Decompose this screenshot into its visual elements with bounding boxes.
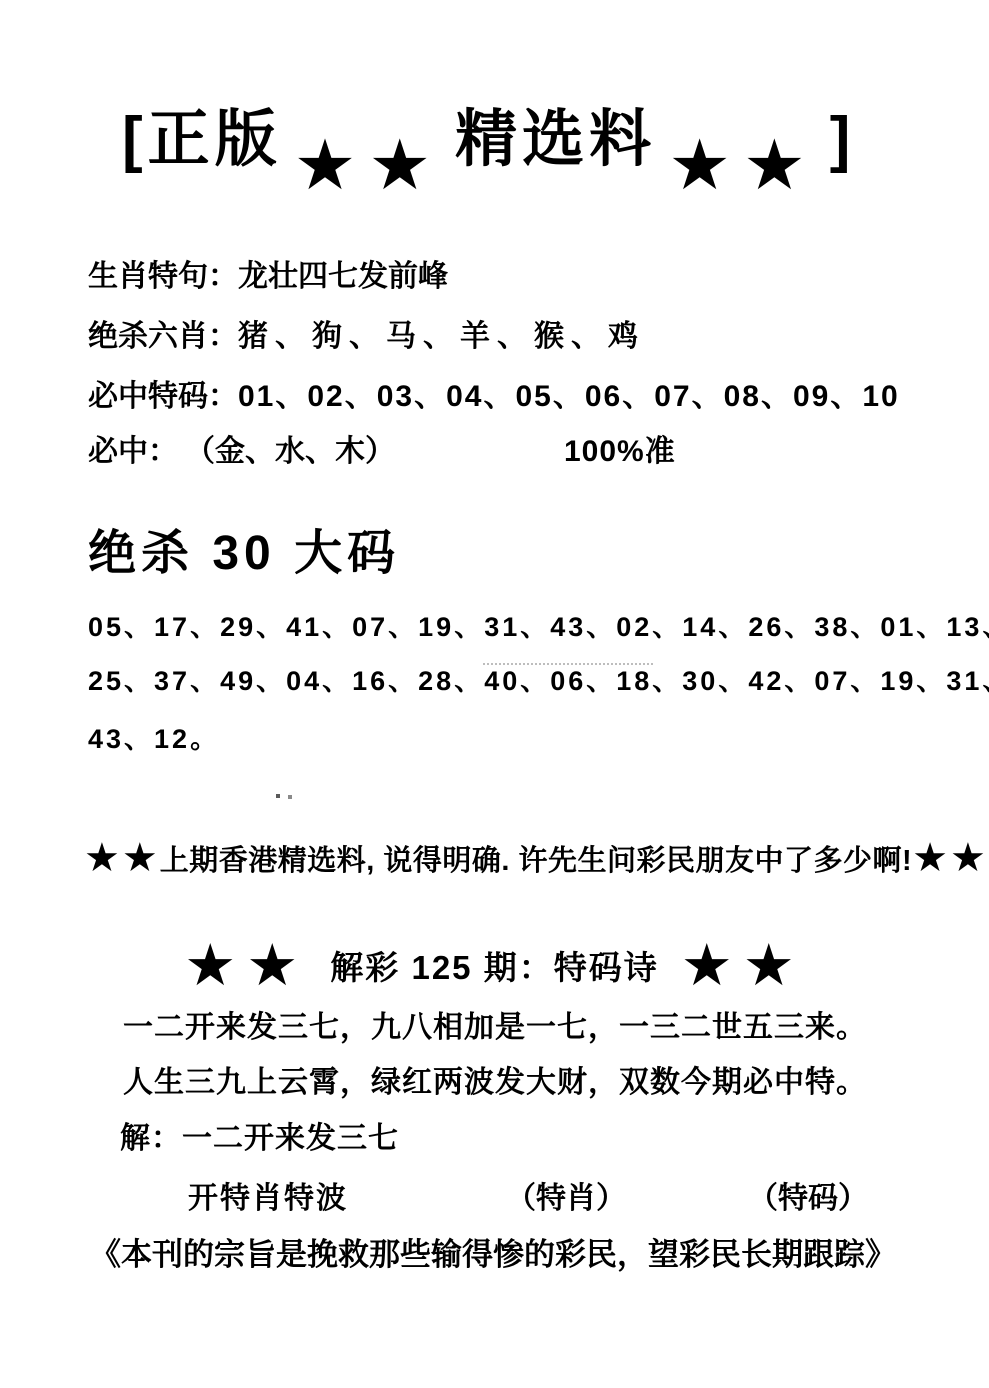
poem-line-1: 一二开来发三七，九八相加是一七，一三二世五三来。 <box>123 1013 867 1043</box>
special-code-slot: （特码） <box>748 1184 868 1214</box>
lottery-tip-sheet-page: [正版 ★★ 精选料 ★★ ] 生肖特句：龙壮四七发前峰 绝杀六肖：猪、狗、马、… <box>0 0 989 1388</box>
special-zodiac-slot: （特肖） <box>506 1184 626 1214</box>
zodiac-phrase-line: 生肖特句：龙壮四七发前峰 <box>88 262 448 292</box>
poem-answer-text: 一二开来发三七 <box>182 1122 399 1155</box>
star-icons-banner-left: ★★ <box>84 835 160 881</box>
kill-30-numbers-row-2: 25、37、49、04、16、28、40、06、18、30、42、07、19、3… <box>88 668 989 695</box>
must-hit-numbers-value: 01、02、03、04、05、06、07、08、09、10 <box>238 380 900 413</box>
title-suffix: ] <box>830 106 856 174</box>
title-prefix: [正版 <box>122 106 282 174</box>
kill-30-heading: 绝杀 30 大码 <box>88 530 400 578</box>
poem-line-2: 人生三九上云霄，绿红两波发大财，双数今期必中特。 <box>123 1068 867 1098</box>
must-hit-elements-value: （金、水、木） <box>200 435 395 468</box>
zodiac-phrase-value: 龙壮四七发前峰 <box>238 260 448 293</box>
star-icons-banner-right: ★★ <box>912 835 988 881</box>
page-title: [正版 ★★ 精选料 ★★ ] <box>122 106 855 176</box>
previous-issue-banner: ★★上期香港精选料, 说得明确. 许先生问彩民朋友中了多少啊!★★ <box>84 831 988 885</box>
poem-heading-text: 解彩 125 期：特码诗 <box>330 942 658 989</box>
scan-artifact-dot <box>276 794 280 798</box>
scan-artifact-dot <box>288 795 292 799</box>
poem-answer-label: 解： <box>120 1122 182 1155</box>
star-icons-poem-right: ★★ <box>681 931 805 999</box>
kill-six-zodiac-value: 猪、狗、马、羊、猴、鸡 <box>238 320 645 353</box>
must-hit-elements-line: 必中：（金、水、木） 100%准 <box>88 437 395 467</box>
banner-text: 上期香港精选料, 说得明确. 许先生问彩民朋友中了多少啊! <box>160 838 912 879</box>
title-core: 精选料 <box>455 106 656 174</box>
scan-artifact-dotted-line <box>483 663 653 665</box>
kill-six-zodiac-label: 绝杀六肖： <box>88 320 238 353</box>
open-special-label: 开特肖特波 <box>188 1184 348 1214</box>
kill-30-numbers-row-3: 43、12。 <box>88 726 220 753</box>
poem-section-heading: ★★ 解彩 125 期：特码诗 ★★ <box>0 933 989 997</box>
poem-answer-line: 解：一二开来发三七 <box>120 1124 399 1154</box>
must-hit-elements-label: 必中： <box>88 435 178 468</box>
zodiac-phrase-label: 生肖特句： <box>88 260 238 293</box>
footer-motto: 《本刊的宗旨是挽救那些输得惨的彩民，望彩民长期跟踪》 <box>90 1239 896 1270</box>
open-special-row: 开特肖特波 （特肖） （特码） <box>0 1184 989 1218</box>
star-icons-left: ★★ <box>294 130 444 200</box>
accuracy-note: 100%准 <box>564 437 676 467</box>
star-icons-poem-left: ★★ <box>184 931 308 999</box>
star-icons-right: ★★ <box>668 130 818 200</box>
must-hit-numbers-line: 必中特码：01、02、03、04、05、06、07、08、09、10 <box>88 382 900 412</box>
kill-six-zodiac-line: 绝杀六肖：猪、狗、马、羊、猴、鸡 <box>88 322 645 352</box>
kill-30-numbers-row-1: 05、17、29、41、07、19、31、43、02、14、26、38、01、1… <box>88 614 989 641</box>
must-hit-numbers-label: 必中特码： <box>88 380 238 413</box>
